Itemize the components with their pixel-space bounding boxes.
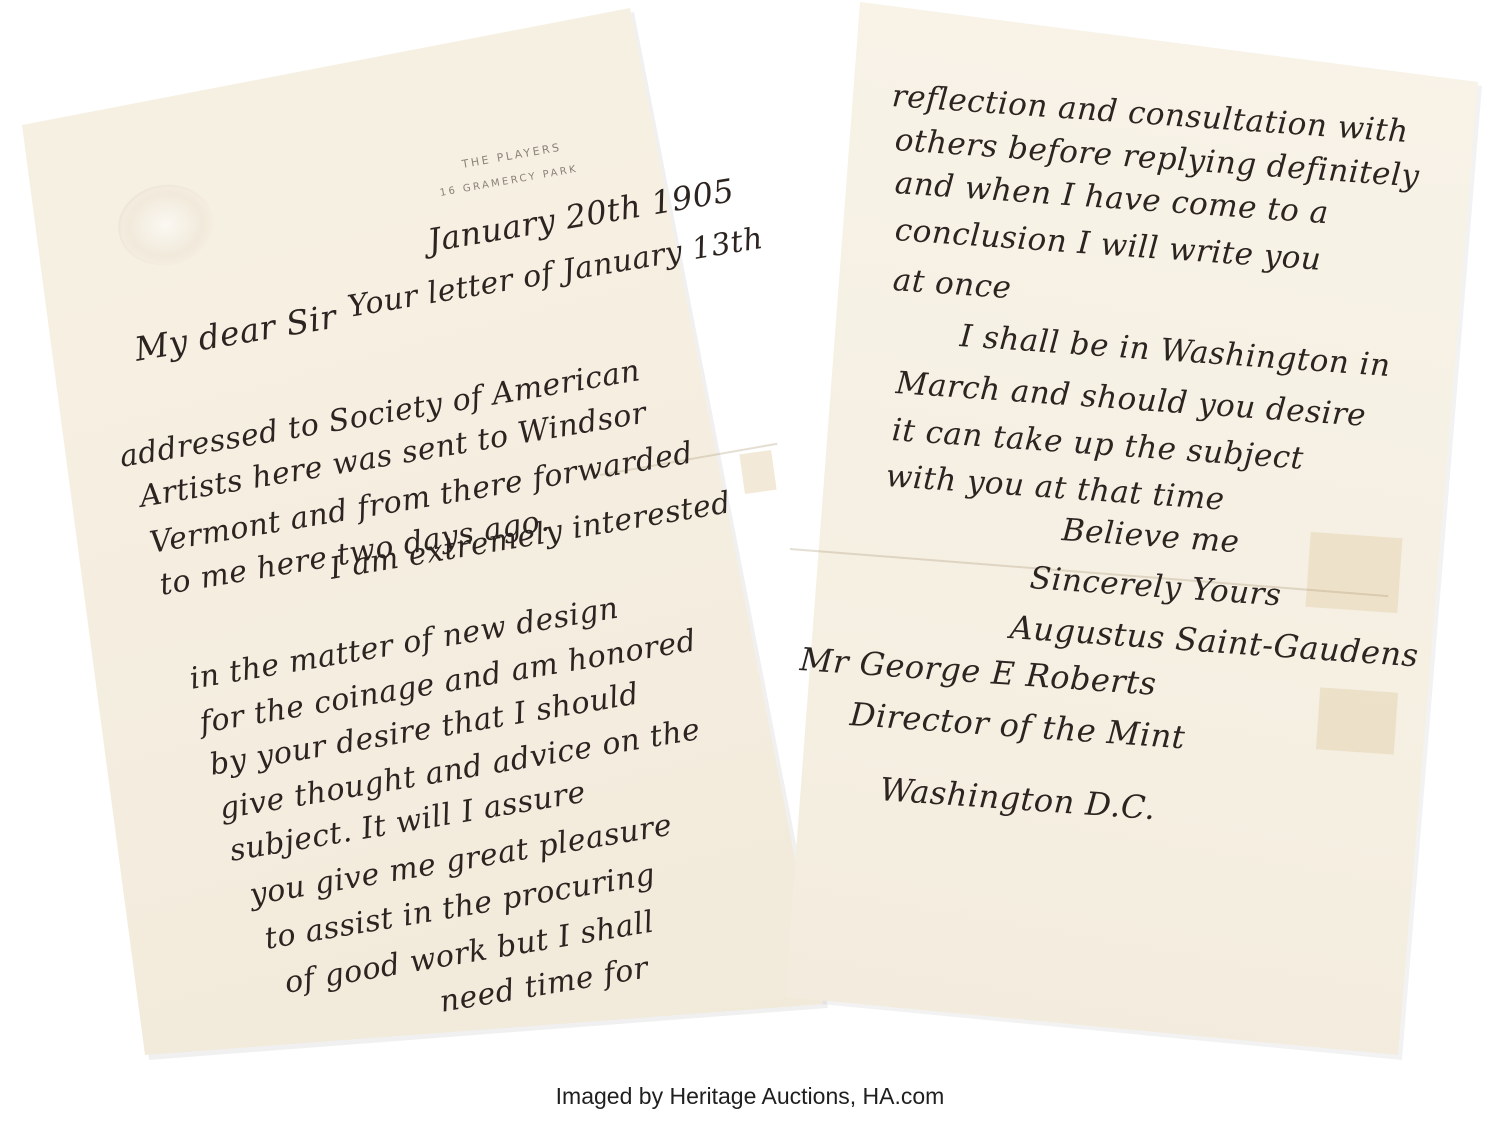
image-credit-caption: Imaged by Heritage Auctions, HA.com: [0, 1083, 1500, 1110]
tape-stain: [1316, 687, 1398, 754]
tape-stain: [1305, 532, 1402, 613]
tape-stain: [739, 450, 776, 494]
